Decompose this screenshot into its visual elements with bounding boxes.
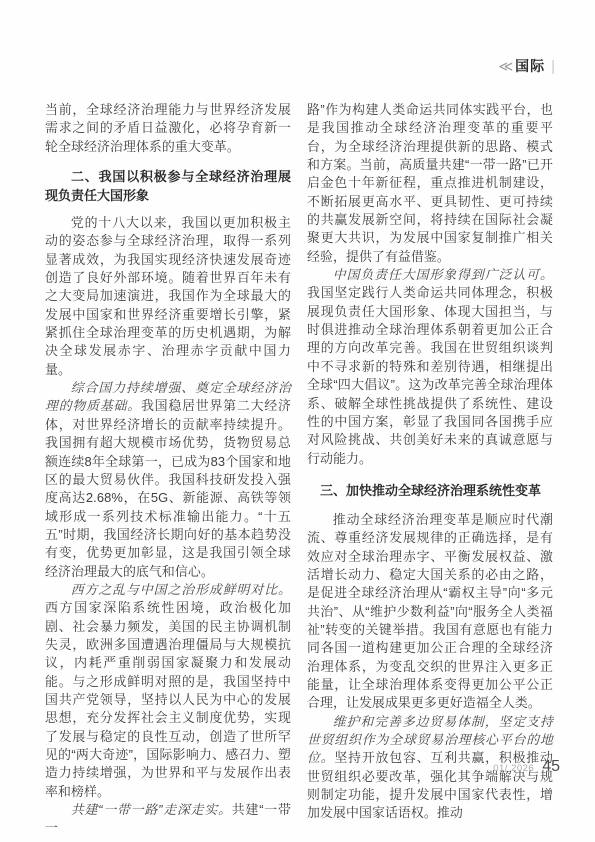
paragraph: 中国负责任大国形象得到广泛认可。我国坚定践行人类命运共同体理念，积极展现负责任大…: [307, 266, 553, 468]
paragraph-text: 我国坚定践行人类命运共同体理念，积极展现负责任大国形象、体现大国担当，与时俱进推…: [307, 285, 553, 465]
page-footer: 01/ 2026 45: [493, 758, 560, 776]
text-columns: 当前，全球经济治理能力与世界经济发展需求之间的矛盾日益激化，必将孕育新一轮全球经…: [45, 101, 553, 838]
paragraph: 共建“一带一路”走深走实。共建“一带一: [45, 801, 291, 838]
running-header: ≪ 国际 |: [498, 56, 555, 76]
chevron-left-icon: ≪: [498, 58, 511, 75]
section-label: 国际: [515, 56, 545, 76]
paragraph-text: 西方国家深陷系统性困境，政治极化加剧、社会暴力频发，美国的民主协调机制失灵，欧洲…: [45, 600, 291, 798]
paragraph-lead: 共建“一带一路”走深走实。: [71, 802, 232, 817]
header-divider: |: [551, 58, 555, 75]
page-number: 45: [542, 758, 560, 776]
paragraph: 推动全球经济治理变革是顺应时代潮流、尊重经济发展规律的正确选择，是有效应对全球治…: [307, 511, 553, 713]
paragraph-text: 党的十八大以来，我国以更加积极主动的姿态参与全球经济治理，取得一系列显著成效，为…: [45, 215, 291, 377]
paragraph: 综合国力持续增强、奠定全球经济治理的物质基础。我国稳居世界第二大经济体，对世界经…: [45, 379, 291, 581]
magazine-page: ≪ 国际 | 当前，全球经济治理能力与世界经济发展需求之间的矛盾日益激化，必将孕…: [0, 0, 595, 842]
paragraph-text: 当前，全球经济治理能力与世界经济发展需求之间的矛盾日益激化，必将孕育新一轮全球经…: [45, 102, 291, 154]
paragraph-text: 推动全球经济治理变革是顺应时代潮流、尊重经济发展规律的正确选择，是有效应对全球治…: [307, 512, 553, 710]
right-column: 路”作为构建人类命运共同体实践平台，也是我国推动全球经济治理变革的重要平台，为全…: [307, 101, 553, 838]
paragraph: 党的十八大以来，我国以更加积极主动的姿态参与全球经济治理，取得一系列显著成效，为…: [45, 214, 291, 379]
paragraph-lead: 西方之乱与中国之治形成鲜明对比。: [71, 582, 291, 597]
paragraph: 西方之乱与中国之治形成鲜明对比。西方国家深陷系统性困境，政治极化加剧、社会暴力频…: [45, 581, 291, 801]
paragraph: 当前，全球经济治理能力与世界经济发展需求之间的矛盾日益激化，必将孕育新一轮全球经…: [45, 101, 291, 156]
section-heading: 二、我国以积极参与全球经济治理展现负责任大国形象: [45, 167, 291, 205]
paragraph-text: 路”作为构建人类命运共同体实践平台，也是我国推动全球经济治理变革的重要平台，为全…: [307, 102, 553, 264]
section-heading: 三、加快推动全球经济治理系统性变革: [307, 481, 553, 500]
issue-number: 01/ 2026: [493, 763, 534, 774]
left-column: 当前，全球经济治理能力与世界经济发展需求之间的矛盾日益激化，必将孕育新一轮全球经…: [45, 101, 291, 838]
paragraph-lead: 中国负责任大国形象得到广泛认可。: [333, 267, 553, 282]
paragraph: 路”作为构建人类命运共同体实践平台，也是我国推动全球经济治理变革的重要平台，为全…: [307, 101, 553, 266]
paragraph-text: 我国稳居世界第二大经济体，对世界经济增长的贡献率持续提升。我国拥有超大规模市场优…: [45, 398, 291, 578]
